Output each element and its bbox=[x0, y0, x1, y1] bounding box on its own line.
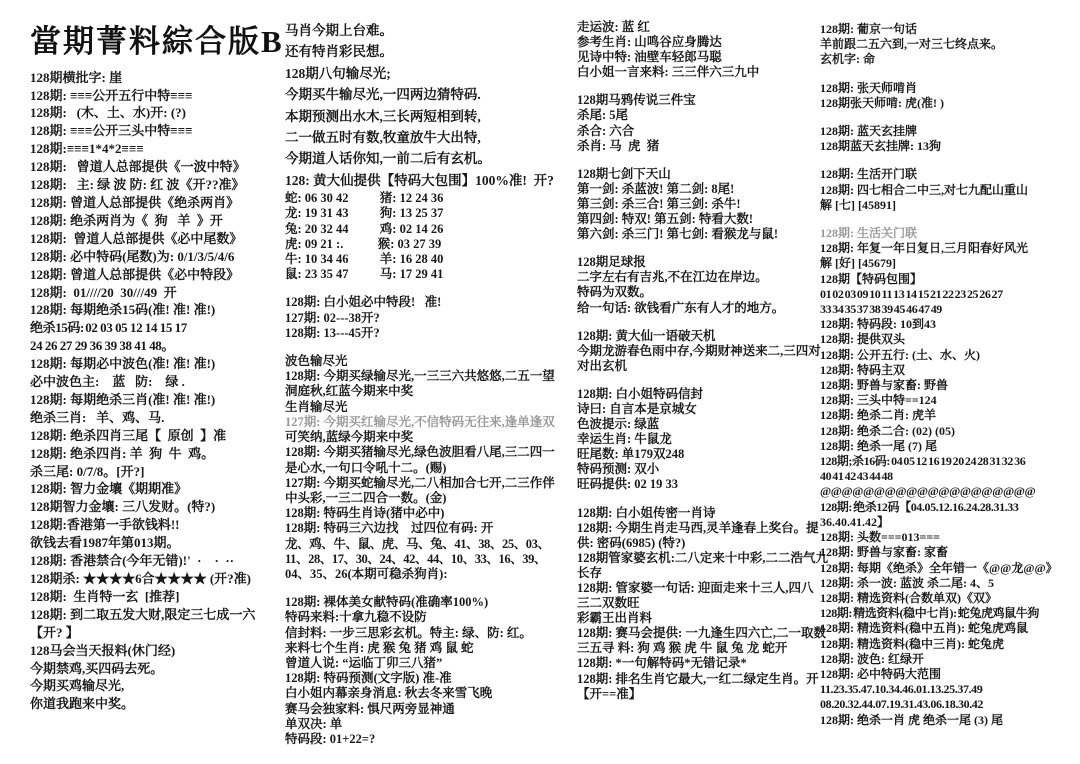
text-line: 旺码提供: 02 19 33 bbox=[577, 477, 855, 492]
text-line: 杀合: 六合 bbox=[577, 124, 855, 139]
text-line: 127期: 今期买蛇输尽光,二八相加合七开,二三作伴 bbox=[285, 476, 577, 491]
column-main-predictions: 當期菁料綜合版B 128期横批字: 崖128期: ≡≡≡公开五行中特≡≡≡128… bbox=[30, 24, 286, 713]
text-line: 128期: ≡≡≡公开三头中特≡≡≡ bbox=[30, 122, 286, 140]
text-line: 你道我跑来中奖。 bbox=[30, 695, 286, 713]
text-line: 杀尾: 5尾 bbox=[577, 108, 855, 123]
text-line: 128期: 白小姐必中特段! 准! bbox=[285, 295, 577, 310]
page: { "page_title": "當期菁料綜合版B", "issue": "12… bbox=[0, 0, 1080, 764]
text-line: 128期: 生活关门联 bbox=[820, 226, 1078, 241]
column-1-lines: 128期横批字: 崖128期: ≡≡≡公开五行中特≡≡≡128期: (木、土、水… bbox=[30, 69, 286, 714]
text-line: @@@@@@@@@@@@@@@@@@@@ bbox=[820, 484, 1078, 499]
text-line: 今期买牛输尽光,一四两边猜特码. bbox=[285, 84, 577, 105]
text-line: 彩霸王出肖料 bbox=[577, 611, 855, 626]
text-line: 128期: 绝杀四肖三尾【 原创 】准 bbox=[30, 427, 286, 445]
text-line: 蛇: 06 30 42 猪: 12 24 36 bbox=[285, 191, 577, 206]
text-line: 128期: 生肖特一玄 [推荐] bbox=[30, 588, 286, 606]
text-line: 三二双数旺 bbox=[577, 596, 855, 611]
text-line: 128期: 野兽与家畜: 家畜 bbox=[820, 545, 1078, 560]
text-line: 128期: 特码主双 bbox=[820, 363, 1078, 378]
text-line: 解 [好] [45679] bbox=[820, 256, 1078, 271]
text-line: 128期: *一句解特码*无错记录* bbox=[577, 656, 855, 671]
text-line: 参考生肖: 山鸣谷应身腾达 bbox=[577, 35, 855, 50]
text-line: 33 34 35 37 38 39 45 46 47 49 bbox=[820, 302, 1078, 317]
text-line: 128期: 头数===013=== bbox=[820, 530, 1078, 545]
text-line: 可笑纳,蓝绿今期来中奖 bbox=[285, 430, 577, 445]
text-line: 给一句话: 欲钱看广东有人才的地方。 bbox=[577, 301, 855, 316]
text-line: 128期智力金壤: 三八发财。(特?) bbox=[30, 498, 286, 516]
text-line: 白小姐一言来料: 三三伴六三九中 bbox=[577, 65, 855, 80]
text-line: 生肖输尽光 bbox=[285, 400, 577, 415]
text-line: 128期: 赛马会提供: 一九逢生四六亡,二一取数 bbox=[577, 626, 855, 641]
text-line: 鼠: 23 35 47 马: 17 29 41 bbox=[285, 267, 577, 282]
text-line: 今期道人话你知,一前二后有玄机。 bbox=[285, 148, 577, 169]
text-line: 128马会当天报料(休门经) bbox=[30, 642, 286, 660]
text-line: 11.23.35.47.10.34.46.01.13.25.37.49 bbox=[820, 682, 1078, 697]
text-line: 128期: 绝杀两肖为《 狗 羊 》开 bbox=[30, 212, 286, 230]
text-line: 128期: 特码三六边找 过四位有码: 开 bbox=[285, 521, 577, 536]
text-line: 128期: 绝杀二肖: 虎羊 bbox=[820, 408, 1078, 423]
text-line: 特码预测: 双小 bbox=[577, 462, 855, 477]
column-poems-and-numbers: 马肖今期上台难。还有特肖彩民想。128期八句输尽光;今期买牛输尽光,一四两边猜特… bbox=[285, 20, 577, 747]
text-line: 128期: 特码预测(文字版) 准-准 bbox=[285, 671, 577, 686]
text-line: 128期: 到二取五发大财,限定三七成一六 bbox=[30, 606, 286, 624]
text-line: 128期足球报 bbox=[577, 255, 855, 270]
text-line: 白小姐内幕亲身消息: 秋去冬来雪飞晚 bbox=[285, 686, 577, 701]
text-line: 对出玄机 bbox=[577, 359, 855, 374]
text-line: 128期: 精选资料(合数单双)《双》 bbox=[820, 591, 1078, 606]
text-line: 128期【特码包围】 bbox=[820, 272, 1078, 287]
text-line: 128期马鸦传说三件宝 bbox=[577, 93, 855, 108]
text-line: 解 [七] [45891] bbox=[820, 198, 1078, 213]
text-line: 128期: 葡京一句话 bbox=[820, 22, 1078, 37]
text-line: 幸运生肖: 牛鼠龙 bbox=[577, 432, 855, 447]
text-line: 诗曰: 自言本是京城女 bbox=[577, 402, 855, 417]
text-line: 128期: 必中特码大范围 bbox=[820, 667, 1078, 682]
text-line: 128期: 三头中特==124 bbox=[820, 393, 1078, 408]
text-line: 128期: 野兽与家畜: 野兽 bbox=[820, 378, 1078, 393]
text-line: 128期: 精选资料(稳中七肖): 蛇兔虎鸡鼠牛狗 bbox=[820, 606, 1078, 621]
text-line: 40 41 42 43 44 48 bbox=[820, 469, 1078, 484]
text-line: 128期: 特码生肖诗(猪中必中) bbox=[285, 506, 577, 521]
text-line: 128期: 生活开门联 bbox=[820, 167, 1078, 182]
text-line: 洞庭秋,红蓝今期来中奖 bbox=[285, 384, 577, 399]
text-line: 128期: 绝杀四肖: 羊 狗 牛 鸡。 bbox=[30, 445, 286, 463]
text-line: 二一做五时有数,牧童放牛大出特, bbox=[285, 127, 577, 148]
text-line: 128期张天师啃: 虎(准! ) bbox=[820, 96, 1078, 111]
text-line: 今期禁鸡,买四码去死。 bbox=[30, 660, 286, 678]
text-line: 128期管家婆玄机:二八定来十中彩,二二浩气九 bbox=[577, 551, 855, 566]
text-line: 127期: 今期买红输尽光,不信特码无往来,逢单逢双 bbox=[285, 415, 577, 430]
text-line: 牛: 10 34 46 羊: 16 28 40 bbox=[285, 252, 577, 267]
text-line: 马肖今期上台难。 bbox=[285, 20, 577, 41]
text-line: 128期:香港第一手欲钱料!! bbox=[30, 516, 286, 534]
page-title: 當期菁料綜合版B bbox=[30, 24, 286, 60]
text-line: 虎: 09 21 :. 猴: 03 27 39 bbox=[285, 237, 577, 252]
text-line: 波色输尽光 bbox=[285, 354, 577, 369]
text-line: 128期: 提供双头 bbox=[820, 332, 1078, 347]
text-line: 特码段: 01+22=? bbox=[285, 732, 577, 747]
text-line: 128期: 今期买猪输尽光,绿色波胆看八尾,三二四一 bbox=[285, 445, 577, 460]
text-line: 长存 bbox=[577, 566, 855, 581]
column-4-lines: 128期: 葡京一句话羊前跟二五六到,一对三七终点来。玄机字: 命128期: 张… bbox=[820, 22, 1078, 728]
text-line: 24 26 27 29 36 39 38 41 48。 bbox=[30, 337, 286, 355]
text-line: 本期预测出水木,三长两短相到转, bbox=[285, 106, 577, 127]
text-line: 128期: 黄大仙一语破天机 bbox=[577, 329, 855, 344]
text-line: 128期: 绝杀一尾 (7) 尾 bbox=[820, 439, 1078, 454]
text-line: 【开? 】 bbox=[30, 624, 286, 642]
text-line: 128期: 精选资料(稳中三肖): 蛇兔虎 bbox=[820, 637, 1078, 652]
text-line: 128期杀: ★★★★6合★★★★ (开?准) bbox=[30, 570, 286, 588]
text-line: 128期: 曾道人总部提供《必中特段》 bbox=[30, 266, 286, 284]
text-line: 128期: 曾道人总部提供《一波中特》 bbox=[30, 158, 286, 176]
text-line: 见诗中特: 油壁车轻郎马聪 bbox=[577, 50, 855, 65]
text-line: 128期: 智力金壤《期期准》 bbox=[30, 480, 286, 498]
text-line: 128期: 绝杀12码【04.05.12.16.24.28.31.33 bbox=[820, 500, 1078, 515]
text-line: 赛马会独家料: 惧尺两旁显神通 bbox=[285, 702, 577, 717]
text-line: 羊前跟二五六到,一对三七终点来。 bbox=[820, 37, 1078, 52]
text-line: 玄机字: 命 bbox=[820, 52, 1078, 67]
text-line: 来料七个生肖: 虎 猴 兔 猪 鸡 鼠 蛇 bbox=[285, 641, 577, 656]
text-line: 128期: 必中特码(尾数)为: 0/1/3/5/4/6 bbox=[30, 248, 286, 266]
text-line: 第三剑: 杀三合! 第三剑: 杀牛! bbox=[577, 197, 855, 212]
text-line: 04、35、26(本期可稳杀狗肖): bbox=[285, 567, 577, 582]
text-line: 今期龙游春色雨中存,今期财神送来二,三四对 bbox=[577, 344, 855, 359]
text-line: 欲钱去看1987年第013期。 bbox=[30, 534, 286, 552]
text-line: 128期蓝天玄挂牌: 13狗 bbox=[820, 139, 1078, 154]
text-line: 【开==准】 bbox=[577, 687, 855, 702]
text-line: 01 02 03 09 10 11 13 14 15 21 22 23 25 2… bbox=[820, 287, 1078, 302]
text-line: 128期: 主: 绿 波 防: 红 波《开??准》 bbox=[30, 176, 286, 194]
text-line: 128期: 管家婆一句话: 迎面走来十三人,四八 bbox=[577, 581, 855, 596]
text-line: 信封料: 一步三思彩玄机。特主: 绿、防: 红。 bbox=[285, 626, 577, 641]
text-line: 128期: 精选资料(稳中五肖): 蛇兔虎鸡鼠 bbox=[820, 621, 1078, 636]
text-line: 128期:≡≡≡1*4*2≡≡≡ bbox=[30, 140, 286, 158]
text-line: 128期: 裸体美女献特码(准确率100%) bbox=[285, 595, 577, 610]
text-line: 二字左右有吉兆,不在江边在岸边。 bbox=[577, 270, 855, 285]
text-line: 127期: 02---38开? bbox=[285, 311, 577, 326]
text-line: 杀肖: 马 虎 猪 bbox=[577, 139, 855, 154]
text-line: 128期: 绝杀二合: (02) (05) bbox=[820, 424, 1078, 439]
text-line: 128期: 张天师啃肖 bbox=[820, 81, 1078, 96]
text-line: 第六剑: 杀三门! 第七剑: 看猴龙与鼠! bbox=[577, 227, 855, 242]
text-line: 必中波色主: 蓝 防: 绿 . bbox=[30, 373, 286, 391]
text-line: 单双决: 单 bbox=[285, 717, 577, 732]
text-line: 128期: 蓝天玄挂牌 bbox=[820, 124, 1078, 139]
text-line: 128期: 特码段: 10到43 bbox=[820, 317, 1078, 332]
text-line: 128期八句输尽光; bbox=[285, 63, 577, 84]
lottery-tip-sheet: 當期菁料綜合版B 128期横批字: 崖128期: ≡≡≡公开五行中特≡≡≡128… bbox=[0, 0, 1080, 764]
text-line: 128期: 四七相合二中三,对七九配山重山 bbox=[820, 183, 1078, 198]
text-line: 128期七剑下天山 bbox=[577, 167, 855, 182]
text-line: 128期: 每期绝杀15码(准! 准! 准!) bbox=[30, 301, 286, 319]
text-line: 128期: 白小姐传密一肖诗 bbox=[577, 506, 855, 521]
text-line: 旺尾数: 单179双248 bbox=[577, 447, 855, 462]
text-line: 128期: 白小姐特码信封 bbox=[577, 387, 855, 402]
text-line: 128期: 今期买绿输尽光,一三三六共悠悠,二五一望 bbox=[285, 369, 577, 384]
text-line: 128期横批字: 崖 bbox=[30, 69, 286, 87]
text-line: 今期买鸡输尽光, bbox=[30, 677, 286, 695]
text-line: 特码为双数。 bbox=[577, 285, 855, 300]
text-line: 128期;杀16码: 04 05 12 16 19 20 24 28 31 32… bbox=[820, 454, 1078, 469]
text-line: 128期: ≡≡≡公开五行中特≡≡≡ bbox=[30, 87, 286, 105]
text-line: 128期: 年复一年日复日,三月阳春好风光 bbox=[820, 241, 1078, 256]
text-line: 绝杀三肖: 羊、鸡、马. bbox=[30, 409, 286, 427]
column-kill-codes: 128期: 葡京一句话羊前跟二五六到,一对三七终点来。玄机字: 命128期: 张… bbox=[820, 22, 1078, 728]
text-line: 128期: 杀一波: 蓝波 杀二尾: 4、5 bbox=[820, 576, 1078, 591]
text-line: 128期: 曾道人总部提供《必中尾数》 bbox=[30, 230, 286, 248]
text-line: 128期: 排名生肖它最大,一红二绿定生肖。开 bbox=[577, 672, 855, 687]
text-line: 128期: (木、土、水)开: (?) bbox=[30, 104, 286, 122]
column-tips-and-envelopes: 走运波: 蓝 红参考生肖: 山鸣谷应身腾达见诗中特: 油壁车轻郎马聪白小姐一言来… bbox=[577, 20, 855, 702]
text-line: 128期: 13---45开? bbox=[285, 326, 577, 341]
text-line: 特码来料:十拿九稳不设防 bbox=[285, 610, 577, 625]
text-line: 08.20.32.44.07.19.31.43.06.18.30.42 bbox=[820, 697, 1078, 712]
text-line: 36.40.41.42】 bbox=[820, 515, 1078, 530]
text-line: 128期: 01////20 30///49 开 bbox=[30, 284, 286, 302]
column-2-lines: 马肖今期上台难。还有特肖彩民想。128期八句输尽光;今期买牛输尽光,一四两边猜特… bbox=[285, 20, 577, 747]
text-line: 128期: 每期绝杀三肖(准! 准! 准!) bbox=[30, 391, 286, 409]
text-line: 供: 密码(6985) (特?) bbox=[577, 536, 855, 551]
text-line: 杀三尾: 0/7/8。[开?] bbox=[30, 463, 286, 481]
text-line: 三五寻 料: 狗 鸡 猴 虎 牛 鼠 兔 龙 蛇开 bbox=[577, 641, 855, 656]
text-line: 还有特肖彩民想。 bbox=[285, 41, 577, 62]
text-line: 中头彩,一三二四合一数。(金) bbox=[285, 491, 577, 506]
text-line: 128期: 香港禁合(今年无错)!' · · ·· bbox=[30, 552, 286, 570]
text-line: 128: 黄大仙提供【特码大包围】100%准! 开? bbox=[285, 170, 577, 191]
text-line: 128期: 今期生肖走马西,灵羊逢春上奖台。提 bbox=[577, 521, 855, 536]
text-line: 128期: 曾道人总部提供《绝杀两肖》 bbox=[30, 194, 286, 212]
text-line: 走运波: 蓝 红 bbox=[577, 20, 855, 35]
text-line: 128期: 波色: 红绿开 bbox=[820, 652, 1078, 667]
text-line: 第一剑: 杀蓝波! 第二剑: 8尾! bbox=[577, 182, 855, 197]
column-3-lines: 走运波: 蓝 红参考生肖: 山鸣谷应身腾达见诗中特: 油壁车轻郎马聪白小姐一言来… bbox=[577, 20, 855, 702]
text-line: 128期: 公开五行: (土、水、火) bbox=[820, 348, 1078, 363]
text-line: 128期: 每期《绝杀》全年错一《@@龙@@》 bbox=[820, 561, 1078, 576]
text-line: 是心水,一句口令吼十二。(赐) bbox=[285, 461, 577, 476]
text-line: 曾道人说: “运临丁卯三八猪” bbox=[285, 656, 577, 671]
text-line: 第四剑: 特双! 第五剑: 特看大数! bbox=[577, 212, 855, 227]
text-line: 龙、鸡、牛、鼠、虎、马、兔、41、38、25、03、 bbox=[285, 537, 577, 552]
text-line: 绝杀15码: 02 03 05 12 14 15 17 bbox=[30, 319, 286, 337]
text-line: 11、28、17、30、24、42、44、10、33、16、39、 bbox=[285, 552, 577, 567]
text-line: 色波提示: 绿蓝 bbox=[577, 417, 855, 432]
text-line: 兔: 20 32 44 鸡: 02 14 26 bbox=[285, 222, 577, 237]
text-line: 128期: 绝杀一肖 虎 绝杀一尾 (3) 尾 bbox=[820, 713, 1078, 728]
text-line: 128期: 每期必中波色(准! 准! 准!) bbox=[30, 355, 286, 373]
text-line: 龙: 19 31 43 狗: 13 25 37 bbox=[285, 206, 577, 221]
